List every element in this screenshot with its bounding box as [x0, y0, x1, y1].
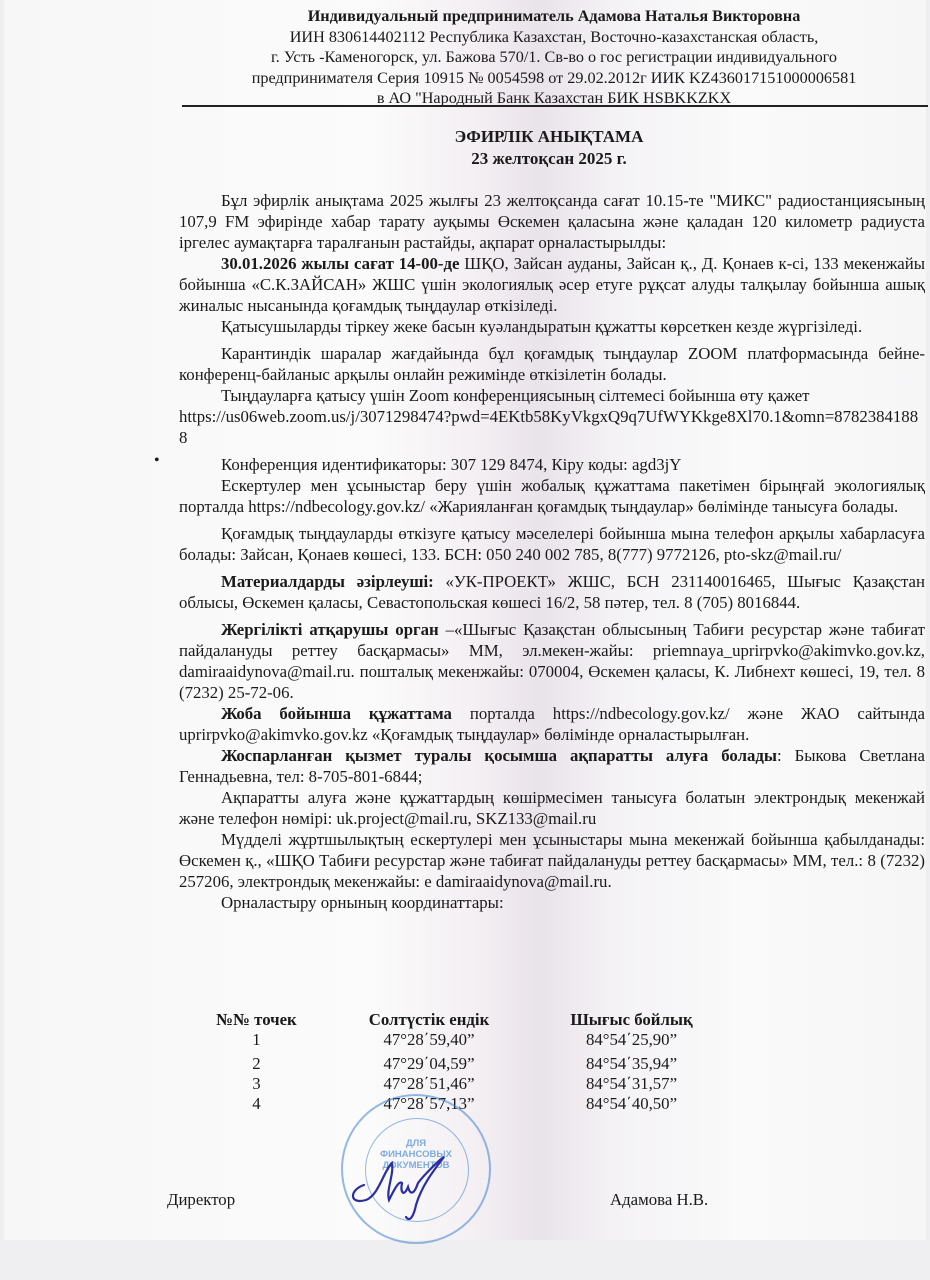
- paragraph-authority: Жергілікті атқарушы орган –«Шығыс Қазақс…: [179, 619, 925, 703]
- scanned-page: Индивидуальный предприниматель Адамова Н…: [4, 0, 926, 1240]
- table-row: 3 47°28΄51,46” 84°54΄31,57”: [179, 1074, 739, 1094]
- letterhead-line: г. Усть -Каменогорск, ул. Бажова 570/1. …: [184, 47, 924, 68]
- letterhead-divider: [182, 105, 928, 107]
- signatory-role: Директор: [167, 1190, 235, 1210]
- handwritten-signature: [344, 1145, 454, 1225]
- zoom-link[interactable]: https://us06web.zoom.us/j/3071298474?pwd…: [179, 406, 925, 448]
- paragraph-additional-info: Жоспарланған қызмет туралы қосымша ақпар…: [179, 745, 925, 787]
- paragraph-hearing-date: 30.01.2026 жылы сағат 14-00-де ШҚО, Зайс…: [179, 253, 925, 316]
- paragraph: Мүдделі жұртшылықтың ескертулері мен ұсы…: [179, 829, 925, 892]
- paragraph-coordinates-label: Орналастыру орнының координаттары:: [179, 892, 925, 913]
- document-title: ЭФИРЛІК АНЫҚТАМА 23 желтоқсан 2025 г.: [164, 126, 930, 170]
- paragraph-developer: Материалдарды әзірлеуші: «УК-ПРОЕКТ» ЖШС…: [179, 571, 925, 613]
- paragraph-documentation: Жоба бойынша құжаттама порталда https://…: [179, 703, 925, 745]
- letterhead-line: предпринимателя Серия 10915 № 0054598 от…: [184, 68, 924, 89]
- paragraph: Ескертулер мен ұсыныстар беру үшін жобал…: [179, 475, 925, 517]
- signatory-name: Адамова Н.В.: [610, 1190, 708, 1210]
- document-body: Бұл эфирлік анықтама 2025 жылғы 23 желто…: [179, 190, 925, 913]
- paragraph-contacts: Қоғамдық тыңдауларды өткізуге қатысу мәс…: [179, 523, 925, 565]
- paragraph: Тыңдауларға қатысу үшін Zoom конференция…: [179, 385, 925, 406]
- paragraph-conference-id: Конференция идентификаторы: 307 129 8474…: [179, 454, 925, 475]
- letterhead-name: Индивидуальный предприниматель Адамова Н…: [184, 6, 924, 27]
- table-row: 1 47°28΄59,40” 84°54΄25,90”: [179, 1030, 739, 1050]
- letterhead-line: ИИН 830614402112 Республика Казахстан, В…: [184, 27, 924, 48]
- bullet-mark: •: [154, 452, 160, 470]
- paragraph: Қатысушыларды тіркеу жеке басын куәланды…: [179, 316, 925, 337]
- hearing-date: 30.01.2026 жылы сағат 14-00-де: [221, 254, 459, 273]
- letterhead: Индивидуальный предприниматель Адамова Н…: [184, 6, 924, 109]
- table-row: 2 47°29΄04,59” 84°54΄35,94”: [179, 1054, 739, 1074]
- paragraph: Карантиндік шаралар жағдайында бұл қоғам…: [179, 343, 925, 385]
- coordinates-table: №№ точек Солтүстік ендік Шығыс бойлық 1 …: [179, 1010, 739, 1114]
- title-date: 23 желтоқсан 2025 г.: [164, 148, 930, 170]
- table-header: №№ точек Солтүстік ендік Шығыс бойлық: [179, 1010, 739, 1030]
- title-heading: ЭФИРЛІК АНЫҚТАМА: [164, 126, 930, 148]
- paragraph: Бұл эфирлік анықтама 2025 жылғы 23 желто…: [179, 190, 925, 253]
- paragraph: Ақпаратты алуға және құжаттардың көшірме…: [179, 787, 925, 829]
